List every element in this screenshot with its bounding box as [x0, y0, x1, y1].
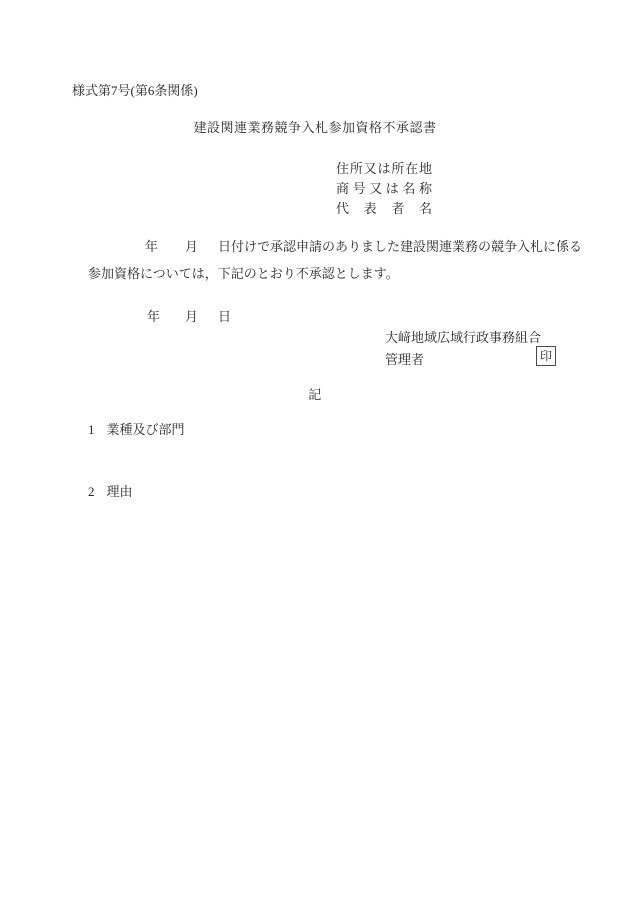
issue-day-label: 日 — [218, 310, 231, 325]
issuer-title: 管理者 — [385, 353, 424, 368]
body-line2: 参加資格については，下記のとおり不承認とします。 — [88, 267, 399, 282]
form-number: 様式第7号(第6条関係) — [72, 84, 198, 99]
recipient-trade-name-label: 商号又は名称 — [336, 178, 432, 198]
item-label: 業種及び部門 — [107, 422, 185, 437]
item-number: 1 — [88, 422, 95, 437]
item-reason: 2理由 — [88, 485, 133, 500]
document-title: 建設関連業務競争入札参加資格不承認書 — [0, 121, 630, 136]
item-number: 2 — [88, 484, 95, 499]
recipient-address-label: 住所又は所在地 — [336, 158, 432, 178]
issue-year-label: 年 — [147, 310, 160, 325]
document-page: 様式第7号(第6条関係) 建設関連業務競争入札参加資格不承認書 住所又は所在地 … — [0, 0, 630, 915]
recipient-representative-label: 代表者名 — [336, 198, 432, 218]
issue-month-label: 月 — [185, 310, 198, 325]
body-line1-text: 日付けで承認申請のありました建設関連業務の競争入札に係る — [218, 240, 582, 255]
issuer-organization: 大﨑地域広域行政事務組合 — [385, 331, 541, 346]
item-business-type: 1業種及び部門 — [88, 423, 185, 438]
application-month-label: 月 — [185, 240, 198, 255]
application-year-label: 年 — [145, 240, 158, 255]
seal-mark: 印 — [536, 346, 556, 366]
record-marker: 記 — [0, 388, 630, 403]
item-label: 理由 — [107, 484, 133, 499]
recipient-label-block: 住所又は所在地 商号又は名称 代表者名 — [336, 158, 432, 218]
